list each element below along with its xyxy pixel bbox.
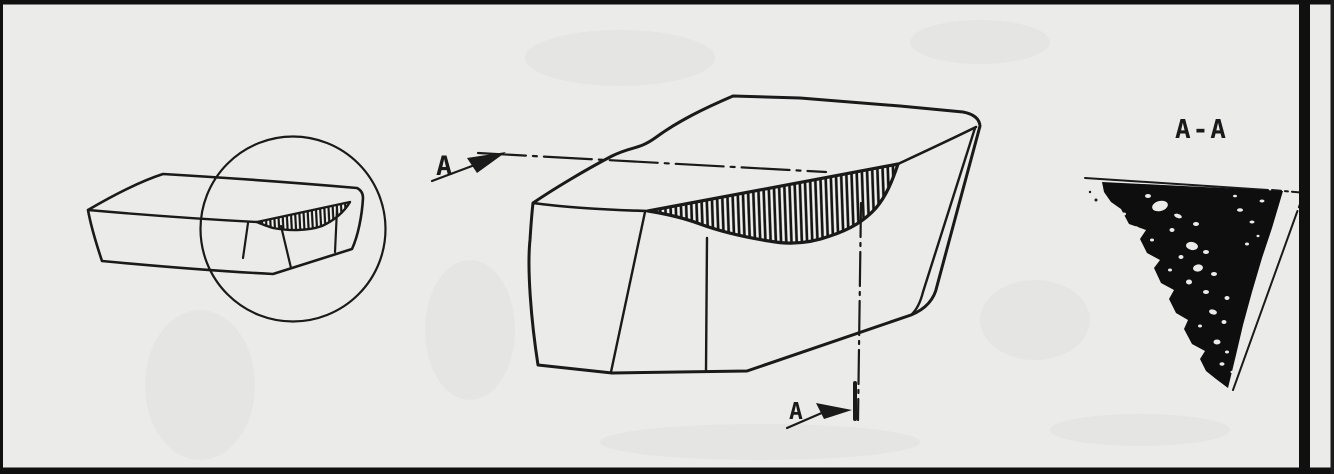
scan-edge-right <box>1331 0 1334 474</box>
detail-face-line-2 <box>706 238 707 371</box>
scan-frame-bottom <box>0 468 1334 474</box>
section-view-title: A-A <box>1175 115 1228 145</box>
scanned-figure-page: A A A-A <box>0 0 1334 474</box>
figure-canvas: A A A-A <box>0 0 1334 474</box>
section-arrow-top-label: A <box>436 151 452 182</box>
section-arrow-bottom-label: A <box>789 399 803 425</box>
scan-frame-left <box>0 0 3 474</box>
scan-frame-right <box>1299 0 1310 474</box>
scan-frame-top <box>0 0 1334 5</box>
